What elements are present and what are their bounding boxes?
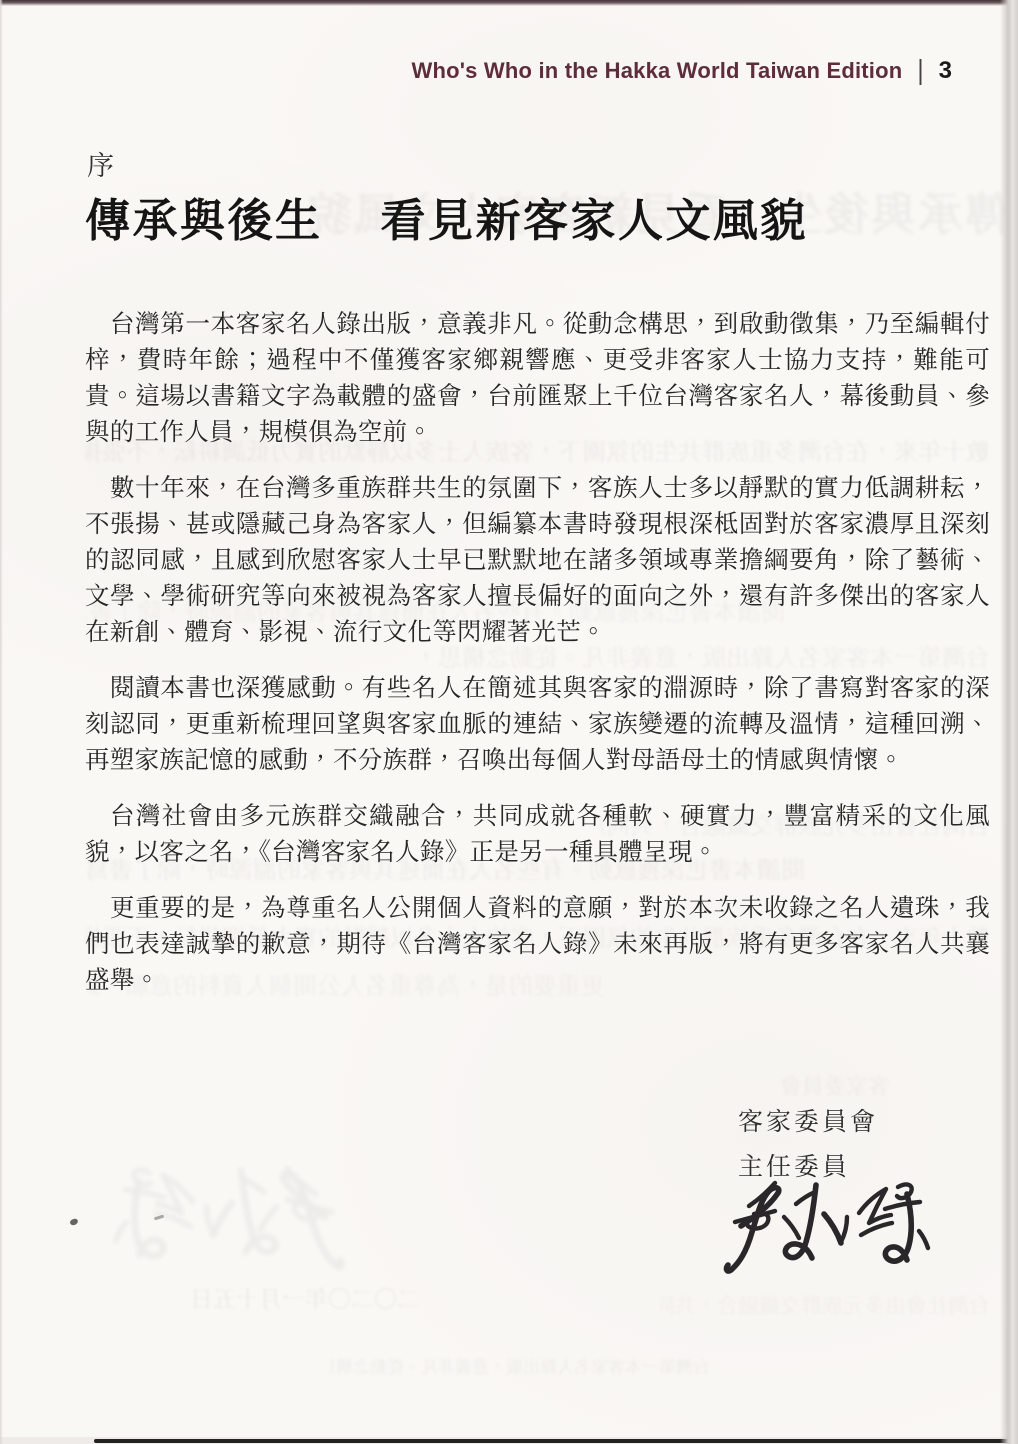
bleedthrough-text: 台灣第一本客家名人錄出版，意義非凡。從動念構思，到啟動徵集，乃至編輯付梓，費時年… [330,1353,710,1385]
scan-edge-top [0,0,1018,6]
scan-speck [154,1215,164,1221]
scan-edge-right [1000,0,1018,1444]
running-header-title: Who's Who in the Hakka World Taiwan Edit… [411,58,902,84]
header-separator: | [917,55,923,87]
preface-paragraph-3: 閱讀本書也深獲感動。有些名人在簡述其與客家的淵源時，除了書寫對客家的深刻認同，更… [85,671,990,779]
running-header: Who's Who in the Hakka World Taiwan Edit… [411,57,952,85]
signature-organization: 客家委員會 [738,1102,878,1138]
handwritten-signature [656,1168,996,1308]
preface-paragraph-1: 台灣第一本客家名人錄出版，意義非凡。從動念構思，到啟動徵集，乃至編輯付梓，費時年… [85,307,990,451]
preface-paragraph-4: 台灣社會由多元族群交織融合，共同成就各種軟、硬實力，豐富精采的文化風貌，以客之名… [85,799,990,871]
preface-paragraph-5: 更重要的是，為尊重名人公開個人資料的意願，對於本次未收錄之名人遺珠，我們也表達誠… [85,891,990,999]
page-number: 3 [939,57,952,85]
scanned-book-page: 傳承與後生 看見新客家人文風貌 數十年來，在台灣多重族群共生的氛圍下，客族人士多… [0,0,1018,1444]
bleedthrough-text: 客家委員會 [640,1072,890,1104]
preface-body: 台灣第一本客家名人錄出版，意義非凡。從動念構思，到啟動徵集，乃至編輯付梓，費時年… [85,307,990,1019]
scan-speck [69,1218,78,1226]
scan-edge-left [0,0,3,1444]
bleedthrough-signature [40,1146,421,1314]
preface-title: 傳承與後生看見新客家人文風貌 [85,184,808,249]
scan-edge-bottom-line [94,1439,1018,1443]
preface-title-part1: 傳承與後生 [85,195,323,246]
preface-title-part2: 看見新客家人文風貌 [381,195,809,246]
preface-paragraph-2: 數十年來，在台灣多重族群共生的氛圍下，客族人士多以靜默的實力低調耕耘，不張揚、甚… [85,471,990,651]
section-label: 序 [87,144,114,183]
bleedthrough-date: 二〇二〇年一月十五日 [85,1284,420,1316]
